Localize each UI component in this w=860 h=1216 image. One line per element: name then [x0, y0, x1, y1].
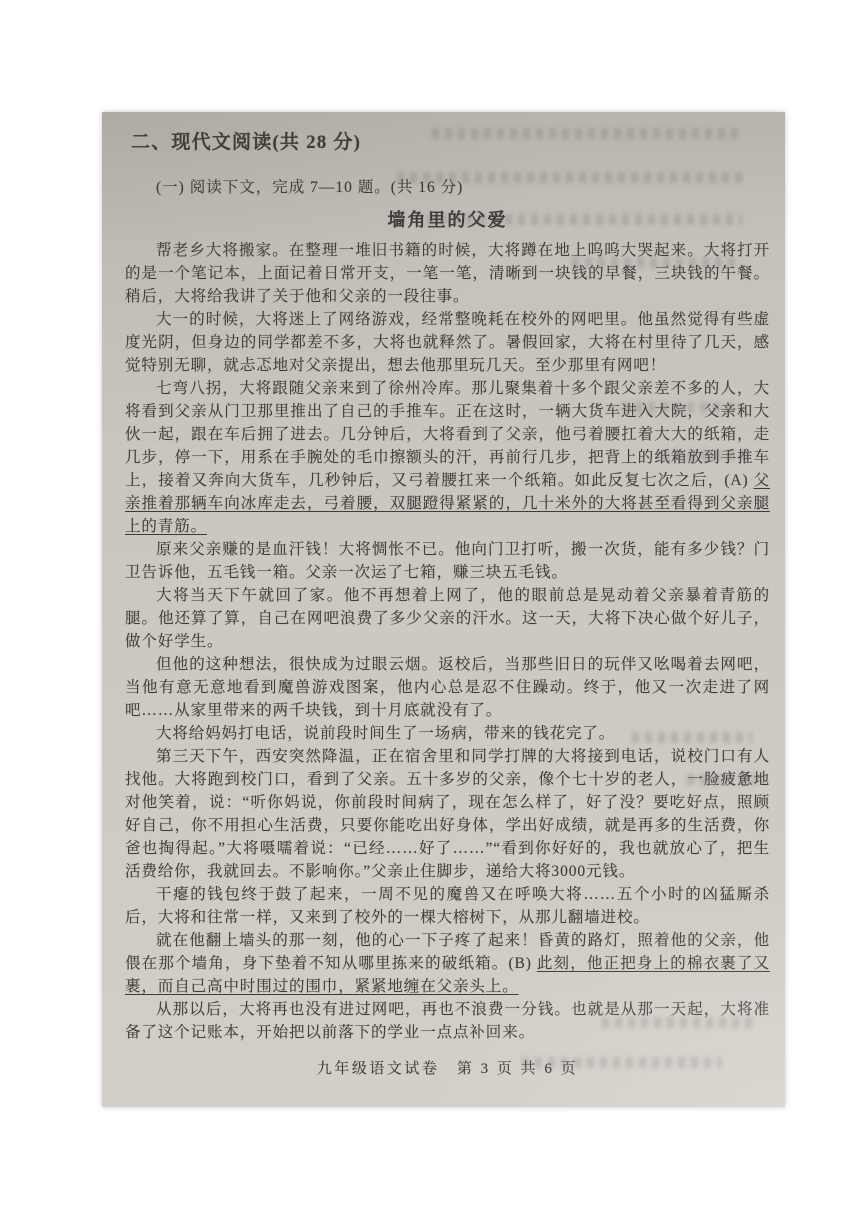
- article-paragraph: 第三天下午，西安突然降温，正在宿舍里和同学打牌的大将接到电话，说校门口有人找他。…: [125, 745, 770, 883]
- article-paragraph: 原来父亲赚的是血汗钱！大将惆怅不已。他向门卫打听，搬一次货，能有多少钱？门卫告诉…: [125, 538, 770, 584]
- page-content: 二、现代文阅读(共 28 分) (一) 阅读下文，完成 7—10 题。(共 16…: [102, 112, 785, 1078]
- article-body: 帮老乡大将搬家。在整理一堆旧书籍的时候，大将蹲在地上呜呜大哭起来。大将打开的是一…: [125, 239, 770, 1044]
- paragraph-text: 第三天下午，西安突然降温，正在宿舍里和同学打牌的大将接到电话，说校门口有人找他。…: [125, 748, 770, 880]
- paragraph-text: 帮老乡大将搬家。在整理一堆旧书籍的时候，大将蹲在地上呜呜大哭起来。大将打开的是一…: [125, 242, 770, 305]
- article-paragraph: 大一的时候，大将迷上了网络游戏，经常整晚耗在校外的网吧里。他虽然觉得有些虚度光阴…: [125, 308, 770, 377]
- section-heading: 二、现代文阅读(共 28 分): [131, 127, 770, 154]
- paragraph-text: 大一的时候，大将迷上了网络游戏，经常整晚耗在校外的网吧里。他虽然觉得有些虚度光阴…: [125, 311, 770, 374]
- paragraph-text: 干瘪的钱包终于鼓了起来，一周不见的魔兽又在呼唤大将……五个小时的凶猛厮杀后，大将…: [125, 886, 770, 926]
- paragraph-text: 从那以后，大将再也没有进过网吧，再也不浪费一分钱。也就是从那一天起，大将准备了这…: [125, 1001, 770, 1041]
- article-paragraph: 七弯八拐，大将跟随父亲来到了徐州冷库。那儿聚集着十多个跟父亲差不多的人，大将看到…: [125, 377, 770, 538]
- page-footer: 九年级语文试卷 第 3 页 共 6 页: [125, 1057, 770, 1078]
- reading-instruction: (一) 阅读下文，完成 7—10 题。(共 16 分): [125, 175, 770, 197]
- article-title: 墙角里的父爱: [125, 206, 770, 232]
- paragraph-text: 大将给妈妈打电话，说前段时间生了一场病，带来的钱花完了。: [156, 725, 615, 742]
- screenshot-background: 二、现代文阅读(共 28 分) (一) 阅读下文，完成 7—10 题。(共 16…: [0, 0, 860, 1216]
- article-paragraph: 从那以后，大将再也没有进过网吧，再也不浪费一分钱。也就是从那一天起，大将准备了这…: [125, 998, 770, 1044]
- paragraph-text: 原来父亲赚的是血汗钱！大将惆怅不已。他向门卫打听，搬一次货，能有多少钱？门卫告诉…: [125, 541, 770, 581]
- paragraph-text: 大将当天下午就回了家。他不再想着上网了，他的眼前总是晃动着父亲暴着青筋的腿。他还…: [125, 587, 770, 650]
- article-paragraph: 就在他翻上墙头的那一刻，他的心一下子疼了起来！昏黄的路灯，照着他的父亲，他偎在那…: [125, 929, 770, 998]
- article-paragraph: 帮老乡大将搬家。在整理一堆旧书籍的时候，大将蹲在地上呜呜大哭起来。大将打开的是一…: [125, 239, 770, 308]
- article-paragraph: 大将给妈妈打电话，说前段时间生了一场病，带来的钱花完了。: [125, 722, 770, 745]
- article-paragraph: 干瘪的钱包终于鼓了起来，一周不见的魔兽又在呼唤大将……五个小时的凶猛厮杀后，大将…: [125, 883, 770, 929]
- paragraph-text: 但他的这种想法，很快成为过眼云烟。返校后，当那些旧日的玩伴又吆喝着去网吧，当他有…: [125, 656, 770, 719]
- paragraph-text: 七弯八拐，大将跟随父亲来到了徐州冷库。那儿聚集着十多个跟父亲差不多的人，大将看到…: [125, 380, 770, 489]
- article-paragraph: 大将当天下午就回了家。他不再想着上网了，他的眼前总是晃动着父亲暴着青筋的腿。他还…: [125, 584, 770, 653]
- article-paragraph: 但他的这种想法，很快成为过眼云烟。返校后，当那些旧日的玩伴又吆喝着去网吧，当他有…: [125, 653, 770, 722]
- exam-paper-photo: 二、现代文阅读(共 28 分) (一) 阅读下文，完成 7—10 题。(共 16…: [102, 112, 785, 1107]
